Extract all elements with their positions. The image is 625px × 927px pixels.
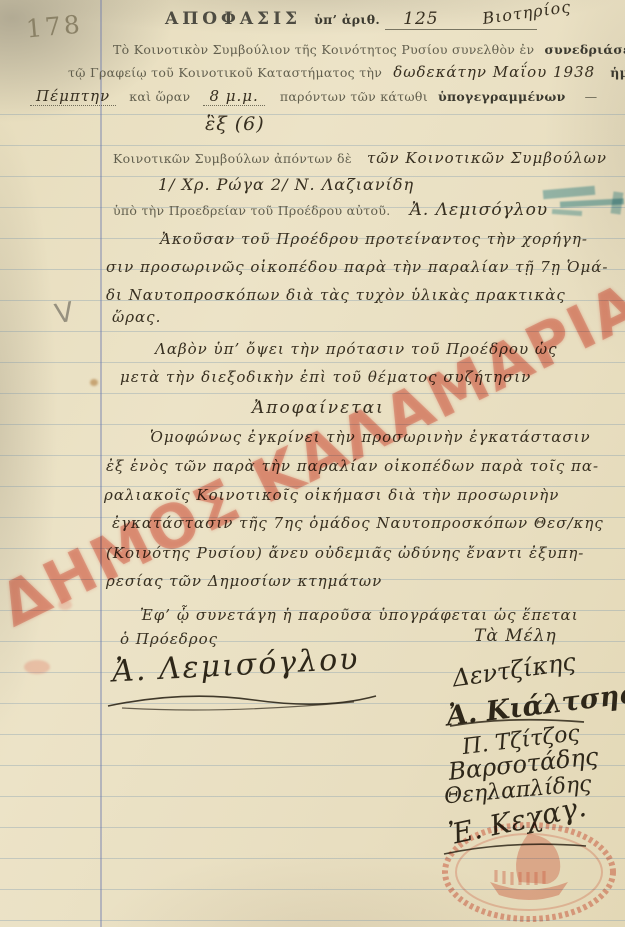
margin-rule-line (100, 0, 102, 927)
stamp-ink-smear (58, 600, 72, 610)
oval-seal-stamp (438, 818, 620, 927)
preamble-line-2-end: ἡμέραν (610, 65, 625, 80)
president-name-handwritten: Ἀ. Λεμισόγλου (410, 200, 549, 220)
preamble-line-1-stamped: συνεδριάσει ἐν (544, 42, 625, 57)
scanned-document: { "page": { "number": "178", "margin_mar… (0, 0, 625, 927)
president-label: ὁ Πρόεδρος (120, 630, 218, 648)
members-label: Τὰ Μέλη (474, 626, 557, 646)
presidency-label: ὑπὸ τὴν Προεδρείαν τοῦ Προέδρου αὐτοῦ. (113, 203, 391, 218)
body-p1-line2: σιν προσωρινῶς οἰκοπέδου παρὰ τὴν παραλί… (106, 258, 608, 276)
hour-label: καὶ ὥραν (129, 89, 190, 104)
session-date-handwritten: δωδεκάτην Μαΐου 1938 (393, 63, 595, 81)
session-hour-handwritten: 8 μ.μ. (203, 87, 264, 106)
preamble-line-3-end: παρόντων τῶν κάτωθι (280, 89, 428, 104)
present-count-handwritten: ἓξ (6) (205, 113, 265, 135)
paper-stain (90, 379, 98, 386)
absent-names-handwritten: 1/ Χρ. Ρώγα 2/ Ν. Λαζιανίδη (158, 175, 414, 194)
absent-line: Κοινοτικῶν Συμβούλων ἀπόντων δὲ τῶν Κοιν… (113, 148, 607, 167)
page-number-stamp: 178 (25, 10, 84, 44)
preamble-line-3-stamped: ὑπογεγραμμένων (438, 89, 566, 104)
decision-title: ΑΠΟΦΑΣΙΣ (165, 9, 301, 29)
stamp-ink-smear (24, 660, 50, 674)
preamble-line-1-text: Τὸ Κοινοτικὸν Συμβούλιον τῆς Κοινότητος … (113, 42, 534, 57)
presidency-line: ὑπὸ τὴν Προεδρείαν τοῦ Προέδρου αὐτοῦ. Ἀ… (113, 200, 548, 220)
body-p1-line1: Ἀκοῦσαν τοῦ Προέδρου προτείναντος τὴν χο… (160, 230, 588, 248)
seal-ship-emblem-icon (438, 818, 620, 927)
preamble-line-3: Πέμπτην καὶ ὥραν 8 μ.μ. παρόντων τῶν κάτ… (30, 86, 597, 105)
decision-number-handwritten: 125 (403, 9, 438, 29)
decision-number-label: ὑπ’ ἀριθ. (314, 12, 380, 27)
preamble-line-1: Τὸ Κοινοτικὸν Συμβούλιον τῆς Κοινότητος … (113, 39, 625, 58)
body-p1-line4: ὥρας. (112, 308, 161, 326)
absent-label: Κοινοτικῶν Συμβούλων ἀπόντων δὲ (113, 151, 352, 166)
session-day-handwritten: Πέμπτην (30, 87, 116, 106)
closing-formula-handwritten: Ἐφ’ ᾧ συνετάγη ἡ παροῦσα ὑπογράφεται ὡς … (140, 606, 579, 624)
preamble-dash: — (585, 89, 598, 104)
preamble-line-2-text: τῷ Γραφείῳ τοῦ Κοινοτικοῦ Καταστήματος τ… (68, 65, 382, 80)
body-p1-line3: δι Ναυτοπροσκόπων διὰ τὰς τυχὸν ὑλικὰς π… (106, 286, 566, 304)
absent-handwritten: τῶν Κοινοτικῶν Συμβούλων (367, 149, 607, 167)
preamble-line-2: τῷ Γραφείῳ τοῦ Κοινοτικοῦ Καταστήματος τ… (68, 62, 625, 81)
president-signature-flourish (104, 688, 380, 714)
